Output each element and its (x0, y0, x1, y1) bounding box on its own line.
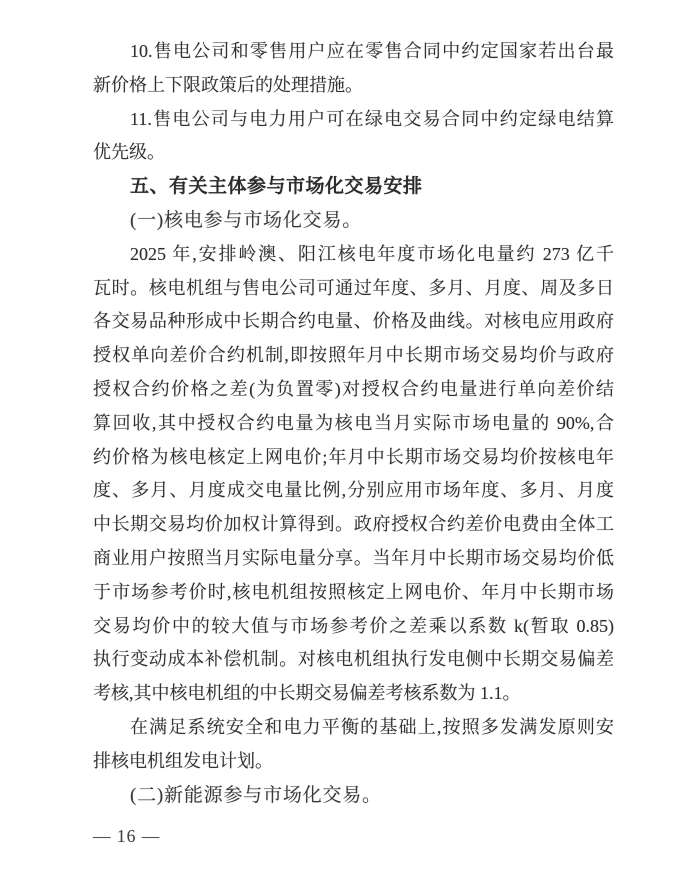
nuclear-paragraph-line-12: 交易均价中的较大值与市场参考价之差乘以系数 k(暂取 0.85) (93, 610, 614, 644)
document-page: 10.售电公司和零售用户应在零售合同中约定国家若出台最 新价格上下限政策后的处理… (0, 0, 700, 872)
nuclear-paragraph-line-14: 考核,其中核电机组的中长期交易偏差考核系数为 1.1。 (93, 677, 614, 711)
generation-plan-line-2: 排核电机组发电计划。 (93, 745, 614, 779)
nuclear-paragraph-line-3: 各交易品种形成中长期合约电量、价格及曲线。对核电应用政府 (93, 305, 614, 339)
nuclear-paragraph-line-13: 执行变动成本补偿机制。对核电机组执行发电侧中长期交易偏差 (93, 643, 614, 677)
section-heading: 五、有关主体参与市场化交易安排 (93, 170, 614, 204)
nuclear-paragraph-line-6: 算回收,其中授权合约电量为核电当月实际市场电量的 90%,合 (93, 407, 614, 441)
nuclear-paragraph-line-2: 瓦时。核电机组与售电公司可通过年度、多月、月度、周及多日 (93, 272, 614, 306)
paragraph-11-line-2: 优先级。 (93, 136, 614, 170)
subsection-heading-2: (二)新能源参与市场化交易。 (93, 779, 614, 813)
subsection-heading-1: (一)核电参与市场化交易。 (93, 204, 614, 238)
paragraph-10-line-1: 10.售电公司和零售用户应在零售合同中约定国家若出台最 (93, 35, 614, 69)
nuclear-paragraph-line-10: 商业用户按照当月实际电量分享。当年月中长期市场交易均价低 (93, 542, 614, 576)
nuclear-paragraph-line-9: 中长期交易均价加权计算得到。政府授权合约差价电费由全体工 (93, 508, 614, 542)
nuclear-paragraph-line-7: 约价格为核电核定上网电价;年月中长期市场交易均价按核电年 (93, 441, 614, 475)
nuclear-paragraph-line-1: 2025 年,安排岭澳、阳江核电年度市场化电量约 273 亿千 (93, 238, 614, 272)
paragraph-10-line-2: 新价格上下限政策后的处理措施。 (93, 69, 614, 103)
generation-plan-line-1: 在满足系统安全和电力平衡的基础上,按照多发满发原则安 (93, 711, 614, 745)
nuclear-paragraph-line-5: 授权合约价格之差(为负置零)对授权合约电量进行单向差价结 (93, 373, 614, 407)
nuclear-paragraph-line-11: 于市场参考价时,核电机组按照核定上网电价、年月中长期市场 (93, 576, 614, 610)
paragraph-11-line-1: 11.售电公司与电力用户可在绿电交易合同中约定绿电结算 (93, 103, 614, 137)
page-number: — 16 — (93, 826, 160, 847)
nuclear-paragraph-line-8: 度、多月、月度成交电量比例,分别应用市场年度、多月、月度 (93, 474, 614, 508)
nuclear-paragraph-line-4: 授权单向差价合约机制,即按照年月中长期市场交易均价与政府 (93, 339, 614, 373)
text-block: 10.售电公司和零售用户应在零售合同中约定国家若出台最 新价格上下限政策后的处理… (93, 35, 614, 812)
